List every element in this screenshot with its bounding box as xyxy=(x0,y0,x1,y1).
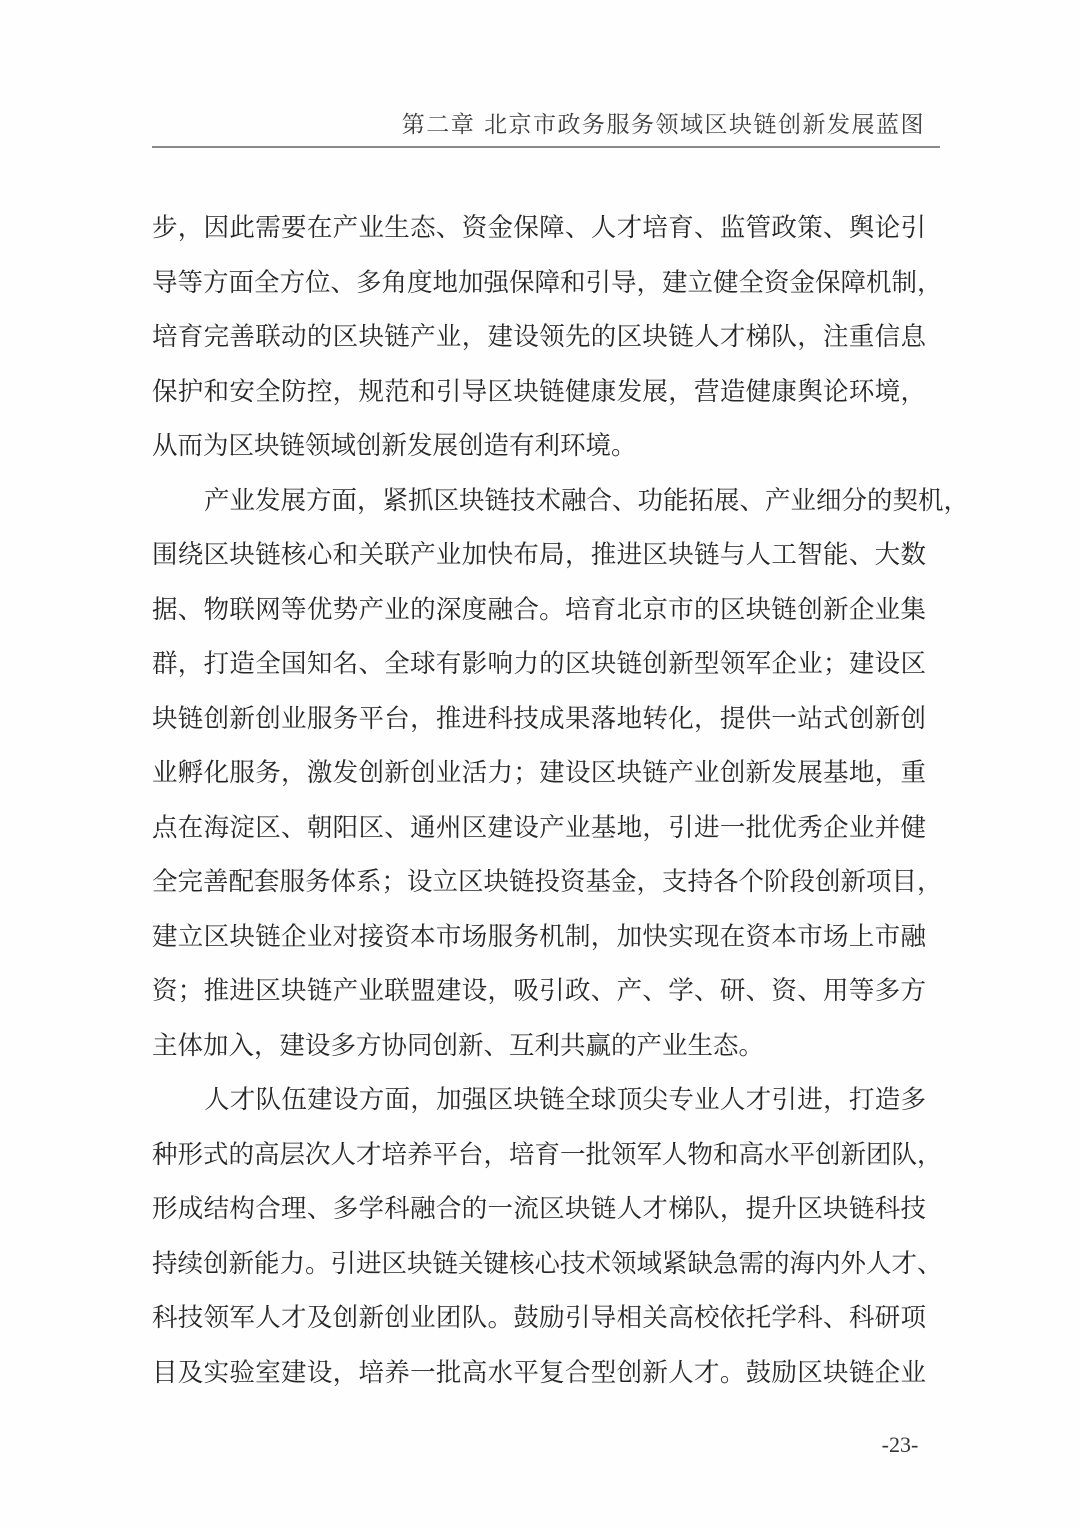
text-line: 种形式的高层次人才培养平台，培育一批领军人物和高水平创新团队， xyxy=(152,1132,926,1187)
text-line: 科技领军人才及创新创业团队。鼓励引导相关高校依托学科、科研项 xyxy=(152,1295,926,1350)
text-line: 资；推进区块链产业联盟建设，吸引政、产、学、研、资、用等多方 xyxy=(152,968,926,1023)
text-line: 培育完善联动的区块链产业，建设领先的区块链人才梯队，注重信息 xyxy=(152,314,926,369)
body-text: 步，因此需要在产业生态、资金保障、人才培育、监管政策、舆论引 导等方面全方位、多… xyxy=(152,205,926,1404)
text-line: 据、物联网等优势产业的深度融合。培育北京市的区块链创新企业集 xyxy=(152,587,926,642)
text-line: 业孵化服务，激发创新创业活力；建设区块链产业创新发展基地，重 xyxy=(152,750,926,805)
paragraph-talent-building: 人才队伍建设方面，加强区块链全球顶尖专业人才引进，打造多 种形式的高层次人才培养… xyxy=(152,1077,926,1404)
text-line: 目及实验室建设，培养一批高水平复合型创新人才。鼓励区块链企业 xyxy=(152,1350,926,1405)
text-line: 群，打造全国知名、全球有影响力的区块链创新型领军企业；建设区 xyxy=(152,641,926,696)
header-divider xyxy=(152,146,940,148)
text-line: 人才队伍建设方面，加强区块链全球顶尖专业人才引进，打造多 xyxy=(152,1077,926,1132)
text-line: 主体加入，建设多方协同创新、互利共赢的产业生态。 xyxy=(152,1023,926,1078)
text-line: 产业发展方面，紧抓区块链技术融合、功能拓展、产业细分的契机， xyxy=(152,478,926,533)
document-page: 第二章 北京市政务服务领域区块链创新发展蓝图 步，因此需要在产业生态、资金保障、… xyxy=(0,0,1080,1527)
text-line: 点在海淀区、朝阳区、通州区建设产业基地，引进一批优秀企业并健 xyxy=(152,805,926,860)
text-line: 导等方面全方位、多角度地加强保障和引导，建立健全资金保障机制， xyxy=(152,260,926,315)
running-header: 第二章 北京市政务服务领域区块链创新发展蓝图 xyxy=(152,106,925,140)
text-line: 建立区块链企业对接资本市场服务机制，加快实现在资本市场上市融 xyxy=(152,914,926,969)
text-line: 块链创新创业服务平台，推进科技成果落地转化，提供一站式创新创 xyxy=(152,696,926,751)
text-line: 围绕区块链核心和关联产业加快布局，推进区块链与人工智能、大数 xyxy=(152,532,926,587)
text-line: 保护和安全防控，规范和引导区块链健康发展，营造健康舆论环境， xyxy=(152,369,926,424)
text-line: 从而为区块链领域创新发展创造有利环境。 xyxy=(152,423,926,478)
text-line: 形成结构合理、多学科融合的一流区块链人才梯队，提升区块链科技 xyxy=(152,1186,926,1241)
paragraph-continuation: 步，因此需要在产业生态、资金保障、人才培育、监管政策、舆论引 导等方面全方位、多… xyxy=(152,205,926,478)
text-line: 全完善配套服务体系；设立区块链投资基金，支持各个阶段创新项目， xyxy=(152,859,926,914)
text-line: 步，因此需要在产业生态、资金保障、人才培育、监管政策、舆论引 xyxy=(152,205,926,260)
paragraph-industry-development: 产业发展方面，紧抓区块链技术融合、功能拓展、产业细分的契机， 围绕区块链核心和关… xyxy=(152,478,926,1078)
text-line: 持续创新能力。引进区块链关键核心技术领域紧缺急需的海内外人才、 xyxy=(152,1241,926,1296)
page-number: -23- xyxy=(860,1432,940,1458)
